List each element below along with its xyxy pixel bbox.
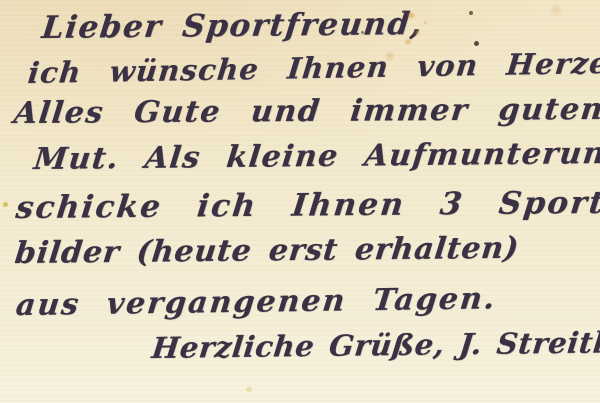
note-body-line: bilder (heute erst erhalten) — [13, 231, 521, 271]
paper-speck — [246, 387, 252, 392]
note-salutation-line: Lieber Sportfreund, — [40, 6, 425, 46]
note-body-line: Alles Gute und immer guten — [12, 92, 600, 131]
note-body-line: aus vergangenen Tagen. — [14, 281, 498, 323]
ink-speck — [469, 11, 473, 15]
ink-speck — [474, 41, 479, 46]
note-signature-line: Herzliche Grüße, J. Streitle — [150, 325, 600, 365]
note-body-line: Mut. Als kleine Aufmunterung — [32, 136, 600, 177]
note-body-line: schicke ich Ihnen 3 Sport= — [14, 185, 600, 226]
foxing-spot — [548, 4, 564, 16]
note-body-line: ich wünsche Ihnen von Herzen — [26, 45, 600, 90]
handwritten-note-page: Lieber Sportfreund, ich wünsche Ihnen vo… — [0, 0, 600, 403]
paper-speck — [3, 202, 8, 207]
